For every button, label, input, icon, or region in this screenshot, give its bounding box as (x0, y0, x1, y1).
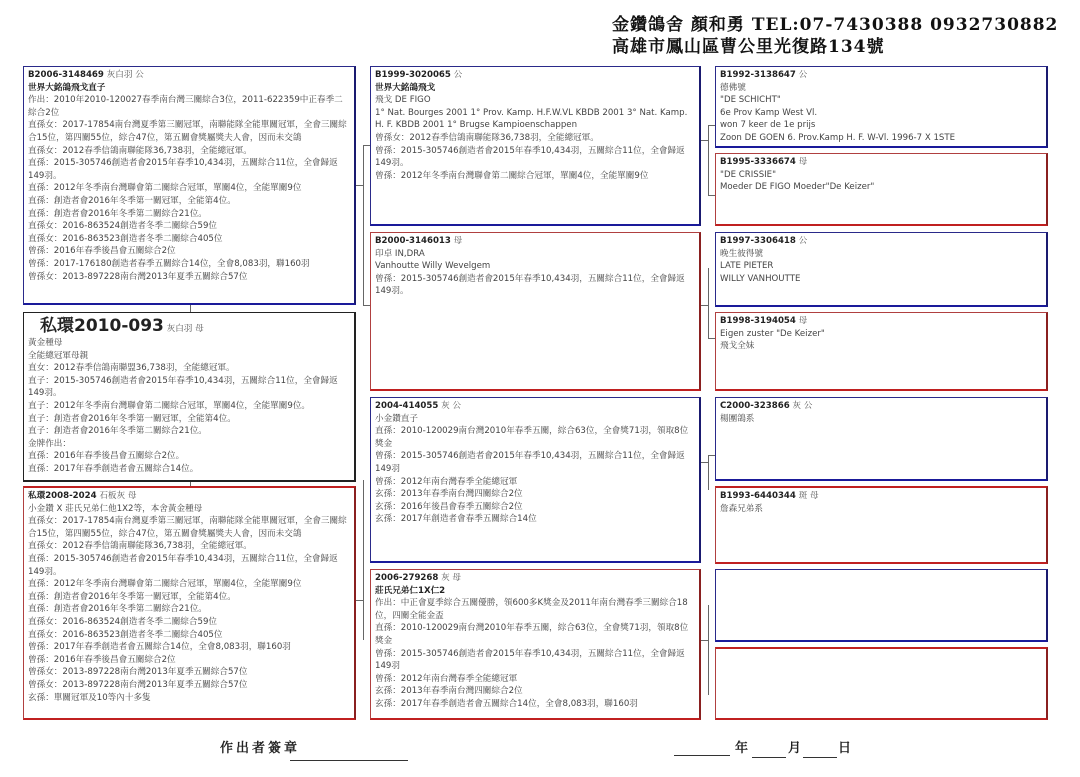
ggp-meta: 斑 母 (799, 491, 819, 501)
sire-line: 直孫女：2016-863523創造者冬季二關綜合405位 (28, 233, 350, 246)
subject-line: 直子：2012年冬季南台灣聯會第二關綜合冠軍，單關4位，全能單關9位。 (28, 400, 350, 413)
sire-line: 直孫：創造者會2016年冬季第二關綜合21位。 (28, 208, 350, 221)
connector-line (708, 125, 709, 195)
sire-line: 直孫：2015-305746創造者會2015年春季10,434羽，五關綜合11位… (28, 157, 350, 182)
grandsire-maternal-card: 2004-414055 灰 公 小金鑽直子 直孫：2010-120029南台灣2… (370, 397, 701, 563)
gp-line: 曾孫：2015-305746創造者會2015年春季10,434羽，五關綜合11位… (375, 145, 695, 170)
gp-line: 曾孫：2012年南台灣春季全能總冠軍 (375, 673, 695, 686)
sire-line: 直孫女：2017-17854南台灣夏季第三關冠軍，南聯能隊全能單關冠軍，全會三關… (28, 119, 350, 144)
gp-line: Vanhoutte Willy Wevelgem (375, 260, 695, 273)
gp-name: 莊氏兄弟仁1X仁2 (375, 585, 695, 598)
ggp-line: "DE SCHICHT" (720, 94, 1042, 107)
ggp-line: 楊團鴿系 (720, 413, 1042, 426)
connector-line (355, 600, 363, 601)
gp-name: 世界大銘鴿飛戈 (375, 82, 695, 95)
great-grandparent-card: C2000-323866 灰 公 楊團鴿系 (715, 397, 1048, 481)
ggp-line: Zoon DE GOEN 6. Prov.Kamp H. F. W-Vl. 19… (720, 132, 1042, 145)
subject-line: 直子：創造者會2016年冬季第二關綜合21位。 (28, 425, 350, 438)
ggp-line: 6e Prov Kamp West Vl. (720, 107, 1042, 120)
subject-line: 直孫：2017年春季創造者會五關綜合14位。 (28, 463, 350, 476)
ggp-line: Moeder DE FIGO Moeder"De Keizer" (720, 181, 1042, 194)
ggp-meta: 母 (799, 157, 808, 167)
dam-line: 直孫女：2017-17854南台灣夏季第三關冠軍，南聯能隊全能單關冠軍，全會三關… (28, 515, 350, 540)
gp-line: 玄孫：2013年春季南台灣四關綜合2位 (375, 685, 695, 698)
dam-line: 小金鑽 X 莊氏兄弟仁他1X2等，本舍黃金種母 (28, 503, 350, 516)
great-grandparent-card-empty (715, 569, 1048, 642)
gp-meta: 公 (454, 70, 463, 80)
granddam-maternal-card: 2006-279268 灰 母 莊氏兄弟仁1X仁2 作出：中正會夏季綜合五關優勝… (370, 569, 701, 720)
great-grandparent-card-empty (715, 647, 1048, 720)
dam-line: 曾孫女：2013-897228南台灣2013年夏季五關綜合57位 (28, 679, 350, 692)
dam-line: 直孫女：2012春季信鴿南聯能隊36,738羽，全能總冠軍。 (28, 540, 350, 553)
ggp-ring: B1997-3306418 (720, 236, 796, 246)
connector-line (700, 305, 708, 306)
dam-meta: 石板灰 母 (99, 491, 136, 501)
dam-line: 曾孫：2016年春季後昌會五關綜合2位 (28, 654, 350, 667)
subject-line: 直子：2015-305746創造者會2015年春季10,434羽，五關綜合11位… (28, 375, 350, 400)
gp-line: 玄孫：2013年春季南台灣四關綜合2位 (375, 488, 695, 501)
gp-ring: B2000-3146013 (375, 236, 451, 246)
dam-line: 曾孫：2017年春季創造者會五關綜合14位，全會8,083羽，聯160羽 (28, 641, 350, 654)
sire-line: 作出：2010年2010-120027春季南台灣三關綜合3位，2011-6223… (28, 94, 350, 119)
gp-line: 直孫：2010-120029南台灣2010年春季五關，綜合63位，全會獎71羽，… (375, 622, 695, 647)
connector-line (700, 140, 708, 141)
breeder-contact: 金鑽鴿舍 顏和勇 TEL:07-7430388 0932730882 (612, 14, 1062, 36)
great-grandparent-card: B1997-3306418 公 晚生彼得號 LATE PIETER WILLY … (715, 232, 1048, 307)
sire-line: 曾孫：2017-176180創造者春季五關綜合14位，全會8,083羽，聯160… (28, 258, 350, 271)
gp-line: 1° Nat. Bourges 2001 1° Prov. Kamp. H.F.… (375, 107, 695, 132)
subject-line: 直子：創造者會2016年冬季第一關冠軍，全能第4位。 (28, 413, 350, 426)
grandsire-paternal-card: B1999-3020065 公 世界大銘鴿飛戈 飛戈 DE FIGO 1° Na… (370, 66, 701, 226)
connector-line (363, 305, 370, 306)
subject-line: 全能總冠軍母親 (28, 350, 350, 363)
dam-line: 曾孫女：2013-897228南台灣2013年夏季五關綜合57位 (28, 666, 350, 679)
great-grandparent-card: B1993-6440344 斑 母 詹森兄弟系 (715, 486, 1048, 564)
gp-line: 印卓 IN,DRA (375, 248, 695, 261)
dam-line: 直孫：創造者會2016年冬季第二關綜合21位。 (28, 603, 350, 616)
ggp-meta: 母 (799, 316, 808, 326)
gp-line: 直孫：2010-120029南台灣2010年春季五關，綜合63位，全會獎71羽，… (375, 425, 695, 450)
gp-ring: B1999-3020065 (375, 70, 451, 80)
month-field-line[interactable] (752, 757, 786, 758)
signature-line[interactable] (290, 760, 408, 761)
connector-line (700, 640, 708, 641)
gp-line: 飛戈 DE FIGO (375, 94, 695, 107)
connector-line (708, 455, 709, 490)
sire-line: 直孫女：2016-863524創造者冬季二關綜合59位 (28, 220, 350, 233)
dam-line: 直孫：2015-305746創造者會2015年春季10,434羽，五關綜合11位… (28, 553, 350, 578)
sire-line: 直孫：創造者會2016年冬季第一關冠軍，全能第4位。 (28, 195, 350, 208)
dam-line: 直孫：2012年冬季南台灣聯會第二關綜合冠軍，單關4位，全能單關9位 (28, 578, 350, 591)
connector-line (363, 480, 364, 640)
dam-card: 私環2008-2024 石板灰 母 小金鑽 X 莊氏兄弟仁他1X2等，本舍黃金種… (23, 486, 356, 720)
sire-name: 世界大銘鴿飛戈直子 (28, 82, 350, 95)
month-label: 月 (788, 737, 801, 756)
ggp-meta: 公 (799, 236, 808, 246)
ggp-ring: B1998-3194054 (720, 316, 796, 326)
ggp-line: 飛戈全妹 (720, 340, 1042, 353)
connector-line (355, 185, 363, 186)
connector-line (700, 462, 708, 463)
gp-meta: 灰 母 (441, 573, 461, 583)
ggp-meta: 公 (799, 70, 808, 80)
gp-line: 玄孫：2017年春季創造者會五關綜合14位，全會8,083羽，聯160羽 (375, 698, 695, 711)
connector-line (363, 145, 370, 146)
dam-line: 直孫女：2016-863524創造者冬季二關綜合59位 (28, 616, 350, 629)
ggp-line: Eigen zuster "De Keizer" (720, 328, 1042, 341)
gp-line: 曾孫：2015-305746創造者會2015年春季10,434羽，五關綜合11位… (375, 450, 695, 475)
ggp-line: 詹森兄弟系 (720, 503, 1042, 516)
gp-line: 作出：中正會夏季綜合五關優勝，領600多K獎金及2011年南台灣春季三關綜合18… (375, 597, 695, 622)
ggp-line: 晚生彼得號 (720, 248, 1042, 261)
dam-ring: 私環2008-2024 (28, 491, 97, 501)
subject-ring: 私環2010-093 (28, 316, 164, 336)
gp-meta: 灰 公 (441, 401, 461, 411)
connector-line (363, 145, 364, 305)
sire-meta: 灰白羽 公 (107, 70, 144, 80)
gp-line: 玄孫：2017年創造者會春季五關綜合14位 (375, 513, 695, 526)
dam-line: 直孫女：2016-863523創造者冬季二關綜合405位 (28, 629, 350, 642)
sire-line: 曾孫女：2013-897228南台灣2013年夏季五關綜合57位 (28, 271, 350, 284)
gp-line: 小金鑽直子 (375, 413, 695, 426)
subject-line: 直女：2012春季信鴿南聯盟36,738羽，全能總冠軍。 (28, 362, 350, 375)
day-label: 日 (838, 737, 851, 756)
subject-line: 黃金種母 (28, 337, 350, 350)
subject-line: 金牌作出： (28, 438, 350, 451)
subject-meta: 灰白羽 母 (167, 324, 204, 334)
sire-card: B2006-3148469 灰白羽 公 世界大銘鴿飛戈直子 作出：2010年20… (23, 66, 356, 305)
sire-line: 曾孫：2016年春季後昌會五關綜合2位 (28, 245, 350, 258)
great-grandparent-card: B1995-3336674 母 "DE CRISSIE" Moeder DE F… (715, 153, 1048, 226)
dam-line: 玄孫：單關冠軍及10等內十多隻 (28, 692, 350, 705)
connector-line (708, 605, 709, 695)
breeder-address: 高雄市鳳山區曹公里光復路134號 (612, 36, 1062, 58)
gp-line: 曾孫女：2012春季信鴿南聯能隊36,738羽，全能總冠軍。 (375, 132, 695, 145)
year-field-line[interactable] (674, 755, 730, 756)
granddam-paternal-card: B2000-3146013 母 印卓 IN,DRA Vanhoutte Will… (370, 232, 701, 391)
ggp-ring: C2000-323866 (720, 401, 790, 411)
gp-line: 曾孫：2015-305746創造者會2015年春季10,434羽，五關綜合11位… (375, 273, 695, 298)
sire-line: 直孫：2012年冬季南台灣聯會第二關綜合冠軍，單關4位，全能單關9位 (28, 182, 350, 195)
sire-ring: B2006-3148469 (28, 70, 104, 80)
ggp-line: LATE PIETER (720, 260, 1042, 273)
ggp-line: won 7 keer de 1e prijs (720, 119, 1042, 132)
gp-ring: 2004-414055 (375, 401, 438, 411)
subject-line: 直孫：2016年春季後昌會五關綜合2位。 (28, 450, 350, 463)
sire-line: 直孫女：2012春季信鴿南聯能隊36,738羽，全能總冠軍。 (28, 145, 350, 158)
great-grandparent-card: B1992-3138647 公 德佛號 "DE SCHICHT" 6e Prov… (715, 66, 1048, 148)
gp-ring: 2006-279268 (375, 573, 438, 583)
ggp-line: WILLY VANHOUTTE (720, 273, 1042, 286)
ggp-ring: B1995-3336674 (720, 157, 796, 167)
year-label: 年 (735, 737, 748, 756)
day-field-line[interactable] (803, 757, 837, 758)
gp-line: 曾孫：2012年冬季南台灣聯會第二關綜合冠軍，單關4位，全能單關9位 (375, 170, 695, 183)
gp-meta: 母 (454, 236, 463, 246)
ggp-line: 德佛號 (720, 82, 1042, 95)
ggp-meta: 灰 公 (792, 401, 812, 411)
ggp-ring: B1992-3138647 (720, 70, 796, 80)
gp-line: 曾孫：2012年南台灣春季全能總冠軍 (375, 476, 695, 489)
connector-line (708, 268, 709, 338)
ggp-ring: B1993-6440344 (720, 491, 796, 501)
ggp-line: "DE CRISSIE" (720, 169, 1042, 182)
great-grandparent-card: B1998-3194054 母 Eigen zuster "De Keizer"… (715, 312, 1048, 391)
signature-label: 作出者簽章 (220, 737, 300, 756)
breeder-header: 金鑽鴿舍 顏和勇 TEL:07-7430388 0932730882 高雄市鳳山… (612, 14, 1062, 58)
subject-card: 私環2010-093 灰白羽 母 黃金種母 全能總冠軍母親 直女：2012春季信… (23, 312, 356, 482)
dam-line: 直孫：創造者會2016年冬季第一關冠軍，全能第4位。 (28, 591, 350, 604)
gp-line: 曾孫：2015-305746創造者會2015年春季10,434羽，五關綜合11位… (375, 648, 695, 673)
gp-line: 玄孫：2016年後昌會春季五關綜合2位 (375, 501, 695, 514)
